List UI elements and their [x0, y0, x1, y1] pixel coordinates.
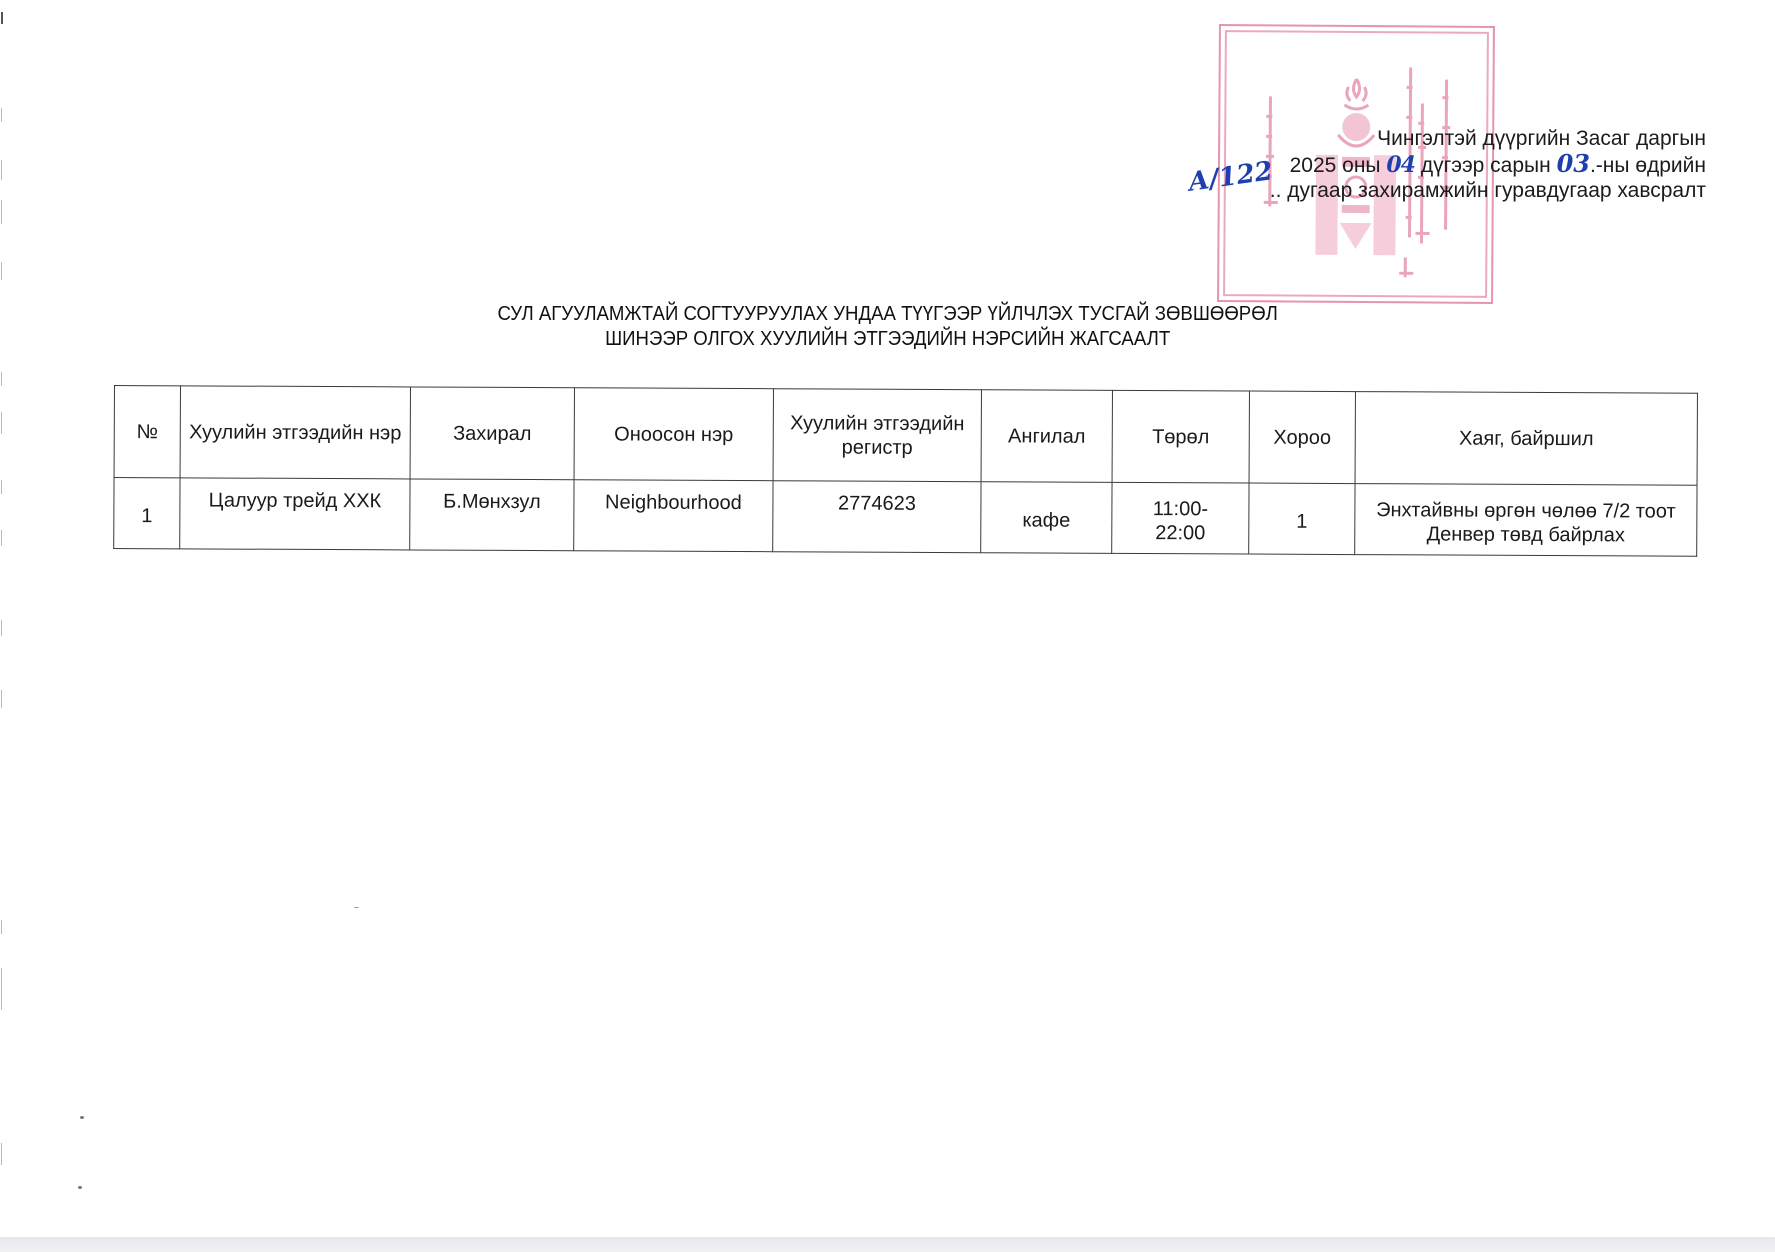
scan-speck — [80, 1116, 84, 1119]
approval-header: Чингэлтэй дүүргийн Засаг даргын 2025 оны… — [1270, 126, 1706, 203]
header-entity-name: Хуулийн этгээдийн нэр — [180, 386, 410, 479]
approval-year-text: 2025 оны — [1290, 154, 1387, 177]
scan-edge-mark — [1, 530, 2, 546]
approval-line-1: Чингэлтэй дүүргийн Засаг даргын — [1270, 126, 1706, 151]
header-khoroo: Хороо — [1249, 391, 1355, 484]
header-type: Төрөл — [1112, 390, 1249, 483]
approval-month-text: дүгээр сарын — [1415, 154, 1557, 177]
cell-khoroo: 1 — [1249, 483, 1355, 555]
table-row: 1 Цалуур трейд ХХК Б.Мөнхзул Neighbourho… — [114, 478, 1697, 557]
scan-edge-mark — [1, 920, 2, 934]
scan-edge-mark — [1, 108, 2, 122]
license-list-table: № Хуулийн этгээдийн нэр Захирал Оноосон … — [113, 385, 1698, 557]
approval-line-3: .. дугаар захирамжийн гуравдугаар хавсра… — [1270, 178, 1706, 203]
scan-edge-mark — [1, 620, 2, 636]
scan-edge-mark — [1, 412, 2, 434]
header-registry: Хуулийн этгээдийн регистр — [773, 389, 981, 482]
header-category: Ангилал — [981, 390, 1112, 483]
table-header-row: № Хуулийн этгээдийн нэр Захирал Оноосон … — [114, 386, 1697, 486]
title-line-1: СУЛ АГУУЛАМЖТАЙ СОГТУУРУУЛАХ УНДАА ТҮҮГЭ… — [62, 302, 1713, 327]
header-director: Захирал — [410, 387, 574, 480]
scan-edge-mark — [1, 690, 2, 708]
handwritten-day: 03 — [1557, 149, 1590, 178]
header-address: Хаяг, байршил — [1355, 392, 1697, 486]
approval-line-2: 2025 оны 04 дүгээр сарын 03.-ны өдрийн — [1270, 151, 1706, 178]
cell-category: кафе — [981, 482, 1112, 554]
document-title: СУЛ АГУУЛАМЖТАЙ СОГТУУРУУЛАХ УНДАА ТҮҮГЭ… — [62, 302, 1713, 352]
header-number: № — [114, 386, 180, 478]
handwritten-month: 04 — [1386, 152, 1415, 178]
cell-number: 1 — [114, 478, 180, 549]
cell-entity-name: Цалуур трейд ХХК — [180, 478, 410, 550]
scan-edge-mark — [1, 200, 2, 224]
scan-edge-mark — [1, 160, 2, 180]
scan-edge-mark — [1, 372, 2, 386]
cell-registry: 2774623 — [773, 481, 981, 553]
scan-edge-mark — [1, 1143, 2, 1165]
cell-director: Б.Мөнхзул — [410, 479, 574, 551]
scan-edge-mark — [1, 262, 2, 280]
cell-address: Энхтайвны өргөн чөлөө 7/2 тоот Денвер тө… — [1355, 484, 1697, 557]
cell-brand-name: Neighbourhood — [574, 480, 773, 552]
scan-edge-mark — [1, 480, 2, 494]
title-line-2: ШИНЭЭР ОЛГОХ ХУУЛИЙН ЭТГЭЭДИЙН НЭРСИЙН Ж… — [62, 327, 1713, 352]
scan-edge-mark — [1, 12, 3, 24]
cell-type: 11:00-22:00 — [1112, 482, 1249, 554]
scan-speck — [78, 1186, 82, 1189]
document-page: Чингэлтэй дүүргийн Засаг даргын 2025 оны… — [0, 0, 1775, 1237]
scan-speck — [354, 907, 359, 908]
scan-edge-mark — [1, 968, 2, 1010]
approval-day-text: .-ны өдрийн — [1590, 154, 1706, 177]
header-brand-name: Оноосон нэр — [574, 388, 773, 481]
scan-bottom-edge — [0, 1237, 1775, 1252]
